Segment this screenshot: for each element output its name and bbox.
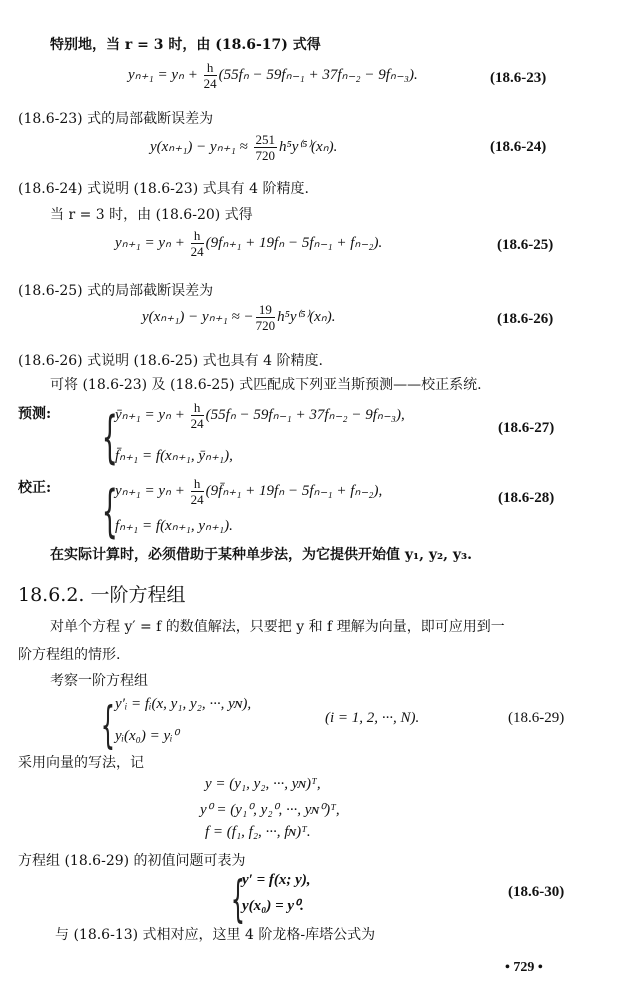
equation-number: (18.6-30) (508, 884, 564, 901)
paragraph-r3-case: 当 r = 3 时，由 (18.6-20) 式得 (50, 206, 253, 224)
equation-18-6-28-a: yₙ₊₁ = yₙ + h24(9f̄ₙ₊₁ + 19fₙ − 5fₙ₋₁ + … (115, 476, 382, 507)
fraction: h24 (204, 60, 217, 91)
paragraph-runge-kutta: 与 (18.6-13) 式相对应，这里 4 阶龙格-库塔公式为 (55, 926, 375, 944)
equation-18-6-27-a: ȳₙ₊₁ = yₙ + h24(55fₙ − 59fₙ₋₁ + 37fₙ₋₂ −… (115, 400, 405, 431)
fraction: 251720 (254, 132, 278, 163)
paragraph-special-case: 特别地，当 r = 3 时，由 (18.6-17) 式得 (50, 36, 321, 54)
equation-18-6-28-b: fₙ₊₁ = f(xₙ₊₁, yₙ₊₁). (115, 516, 233, 535)
vector-y: y = (y₁, y₂, ···, yɴ)ᵀ, (205, 776, 321, 793)
equation-18-6-29-a: y′ᵢ = fᵢ(x, y₁, y₂, ···, yɴ), (115, 696, 251, 713)
vector-y0: y⁰ = (y₁⁰, y₂⁰, ···, yɴ⁰)ᵀ, (200, 800, 340, 819)
equation-18-6-26: y(xₙ₊₁) − yₙ₊₁ ≈ −19720h⁵y⁽⁵⁾(xₙ). (142, 302, 336, 333)
equation-condition: (i = 1, 2, ···, N). (325, 710, 419, 727)
fraction: h24 (191, 476, 204, 507)
equation-number: (18.6-25) (497, 237, 553, 254)
page-number: • 729 • (505, 960, 543, 976)
paragraph-vector-notation: 采用向量的写法，记 (18, 754, 144, 772)
vector-f: f = (f₁, f₂, ···, fɴ)ᵀ. (205, 824, 311, 841)
paragraph-truncation-error-25: (18.6-25) 式的局部截断误差为 (18, 282, 213, 300)
left-brace: { (101, 700, 115, 750)
paragraph-truncation-error-23: (18.6-23) 式的局部截断误差为 (18, 110, 213, 128)
fraction: h24 (191, 228, 204, 259)
equation-18-6-24: y(xₙ₊₁) − yₙ₊₁ ≈ 251720h⁵y⁽⁵⁾(xₙ). (150, 132, 337, 163)
equation-number: (18.6-23) (490, 70, 546, 87)
equation-18-6-29-b: yᵢ(x₀) = yᵢ⁰ (115, 726, 179, 745)
equation-number: (18.6-28) (498, 490, 554, 507)
equation-18-6-25: yₙ₊₁ = yₙ + h24(9fₙ₊₁ + 19fₙ − 5fₙ₋₁ + f… (115, 228, 382, 259)
paragraph-consider-system: 考察一阶方程组 (50, 672, 148, 690)
equation-18-6-30-b: y(x₀) = y⁰. (242, 896, 304, 915)
label-predict: 预测: (18, 405, 51, 423)
equation-number: (18.6-27) (498, 420, 554, 437)
paragraph-predictor-corrector: 可将 (18.6-23) 及 (18.6-25) 式匹配成下列亚当斯预测——校正… (50, 376, 482, 394)
equation-18-6-23: yₙ₊₁ = yₙ + h24(55fₙ − 59fₙ₋₁ + 37fₙ₋₂ −… (128, 60, 418, 91)
equation-18-6-30-a: y′ = f(x; y), (242, 872, 311, 889)
paragraph-vector-extension-cont: 阶方程组的情形. (18, 646, 120, 664)
paragraph-accuracy-23: (18.6-24) 式说明 (18.6-23) 式具有 4 阶精度. (18, 180, 309, 198)
equation-number: (18.6-24) (490, 139, 546, 156)
label-correct: 校正: (18, 479, 51, 497)
fraction: h24 (191, 400, 204, 431)
equation-18-6-27-b: f̄ₙ₊₁ = f(xₙ₊₁, ȳₙ₊₁), (115, 446, 233, 465)
equation-number: (18.6-26) (497, 311, 553, 328)
paragraph-vector-extension: 对单个方程 y′ = f 的数值解法，只要把 y 和 f 理解为向量，即可应用到… (50, 618, 505, 636)
paragraph-accuracy-25: (18.6-26) 式说明 (18.6-25) 式也具有 4 阶精度. (18, 352, 323, 370)
paragraph-starting-values: 在实际计算时，必须借助于某种单步法，为它提供开始值 y₁, y₂, y₃. (50, 546, 472, 564)
paragraph-initial-value-problem: 方程组 (18.6-29) 的初值问题可表为 (18, 852, 246, 870)
fraction: 19720 (256, 302, 276, 333)
equation-number: (18.6-29) (508, 710, 564, 727)
section-heading: 18.6.2. 一阶方程组 (18, 580, 186, 607)
